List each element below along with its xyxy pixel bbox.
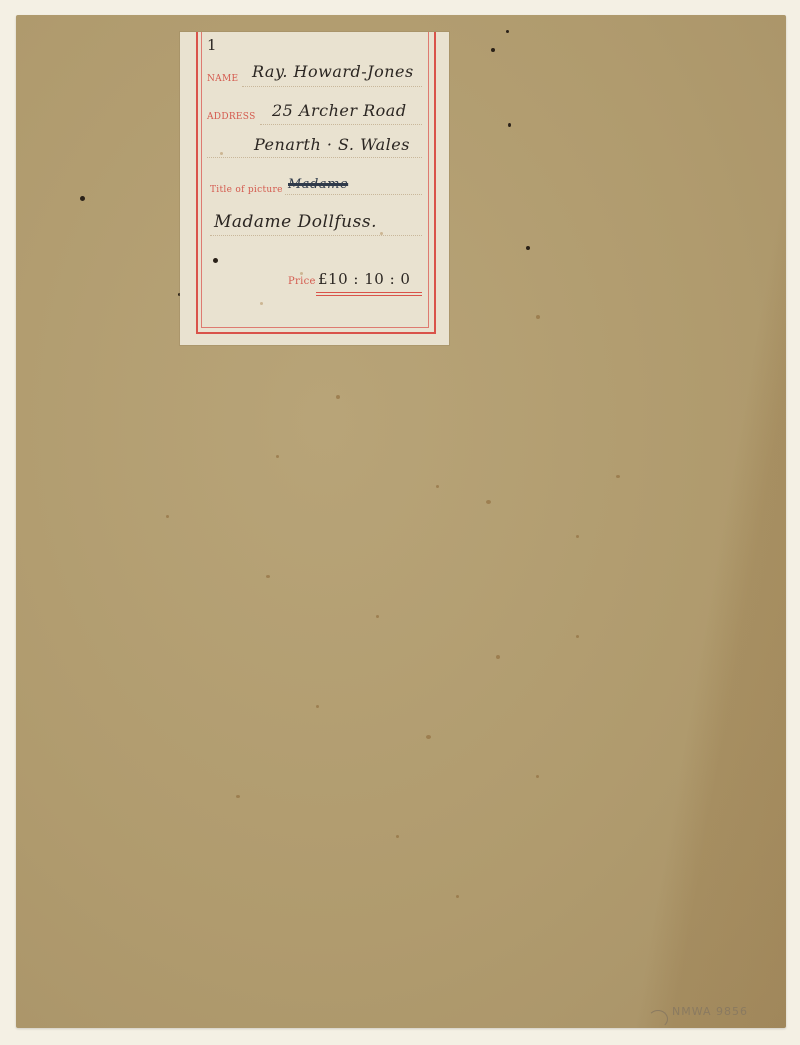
title-line: [285, 194, 422, 195]
foxing-speck: [426, 735, 431, 739]
foxing-speck: [336, 395, 340, 399]
foxing-speck: [436, 485, 439, 488]
foxing-speck: [616, 475, 620, 478]
foxing-speck: [300, 272, 303, 275]
exhibition-label: 1 NAME Ray. Howard-Jones ADDRESS 25 Arch…: [180, 32, 449, 345]
title-struck-value: Madame: [288, 177, 348, 192]
foxing-speck: [536, 315, 540, 319]
foxing-speck: [236, 795, 240, 798]
address-line-2: [207, 157, 422, 158]
price-caption: Price: [288, 276, 316, 287]
foxing-speck: [456, 895, 459, 898]
foxing-speck: [220, 152, 223, 155]
title-caption: Title of picture: [210, 185, 283, 195]
name-line: [242, 86, 422, 87]
pin-hole: [526, 246, 530, 250]
pin-hole: [491, 48, 495, 52]
foxing-speck: [266, 575, 270, 578]
price-underline-1: [316, 292, 422, 293]
foxing-speck: [376, 615, 379, 618]
foxing-speck: [166, 515, 169, 518]
name-caption: NAME: [207, 74, 238, 84]
label-number: 1: [207, 36, 217, 54]
address-line1-value: 25 Archer Road: [272, 101, 407, 120]
pin-hole: [80, 196, 85, 201]
pin-hole: [506, 30, 509, 33]
address-line2-value: Penarth · S. Wales: [254, 135, 410, 154]
price-underline-2: [316, 295, 422, 296]
pin-hole: [213, 258, 218, 263]
title-line-2: [210, 235, 422, 236]
foxing-speck: [316, 705, 319, 708]
foxing-speck: [496, 655, 500, 659]
price-value: £10 : 10 : 0: [318, 270, 410, 288]
foxing-speck: [396, 835, 399, 838]
foxing-speck: [276, 455, 279, 458]
foxing-speck: [576, 535, 579, 538]
address-caption: ADDRESS: [207, 112, 256, 122]
name-value: Ray. Howard-Jones: [252, 62, 414, 81]
foxing-speck: [260, 302, 263, 305]
pin-hole: [508, 123, 511, 127]
foxing-speck: [486, 500, 491, 504]
accession-number: NMWA 9856: [672, 1005, 748, 1018]
title-value: Madame Dollfuss.: [214, 212, 377, 232]
foxing-speck: [576, 635, 579, 638]
stamp-mark: [648, 1010, 668, 1028]
foxing-speck: [536, 775, 539, 778]
address-line-1: [260, 124, 422, 125]
